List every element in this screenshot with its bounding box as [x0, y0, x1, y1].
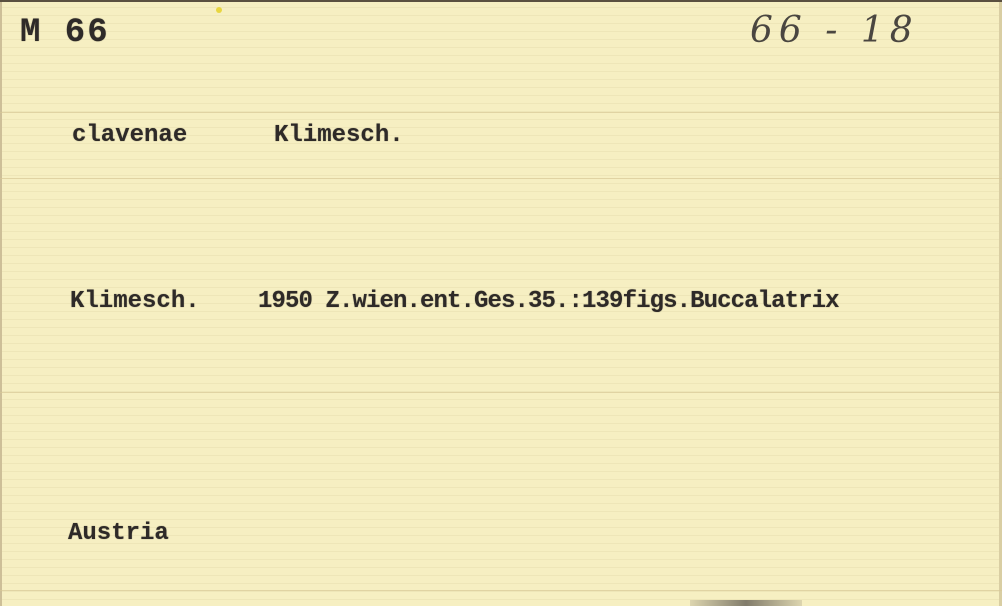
- locality: Austria: [68, 520, 169, 547]
- ruled-line: [0, 112, 1002, 113]
- species-name: clavenae: [72, 122, 187, 149]
- species-author: Klimesch.: [274, 122, 404, 149]
- reference-author: Klimesch.: [70, 288, 200, 315]
- ruled-line: [0, 178, 1002, 179]
- ruled-line: [0, 590, 1002, 591]
- index-card: M 66 66 - 18 clavenae Klimesch. Klimesch…: [0, 0, 1002, 606]
- paper-speck: [216, 7, 222, 13]
- ruled-line: [0, 392, 1002, 393]
- handwritten-number: 66 - 18: [750, 10, 919, 51]
- scan-edge-shadow: [690, 600, 802, 606]
- catalog-code: M 66: [20, 14, 110, 52]
- reference-citation: 1950 Z.wien.ent.Ges.35.:139figs.Buccalat…: [258, 288, 839, 315]
